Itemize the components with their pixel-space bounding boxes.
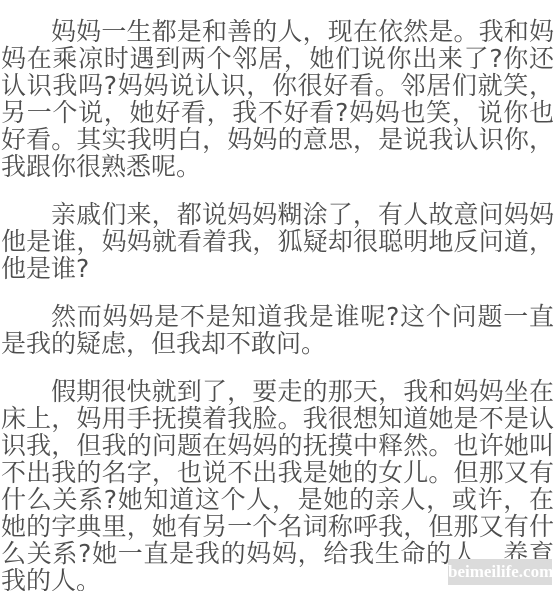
article-text: 妈妈一生都是和善的人，现在依然是。我和妈妈在乘凉时遇到两个邻居，她们说你出来了?… [0, 0, 554, 591]
watermark-text: beimeilife.com [448, 562, 553, 581]
paragraph-3: 然而妈妈是不是知道我是谁呢?这个问题一直是我的疑虑，但我却不敢问。 [1, 303, 554, 357]
paragraph-2: 亲戚们来，都说妈妈糊涂了，有人故意问妈妈他是谁，妈妈就看着我，狐疑却很聪明地反问… [1, 201, 554, 282]
paragraph-1: 妈妈一生都是和善的人，现在依然是。我和妈妈在乘凉时遇到两个邻居，她们说你出来了?… [1, 18, 554, 180]
page: { "page": { "background": "#ffffff", "te… [0, 0, 554, 591]
watermark-badge: beimeilife.com [448, 559, 552, 585]
